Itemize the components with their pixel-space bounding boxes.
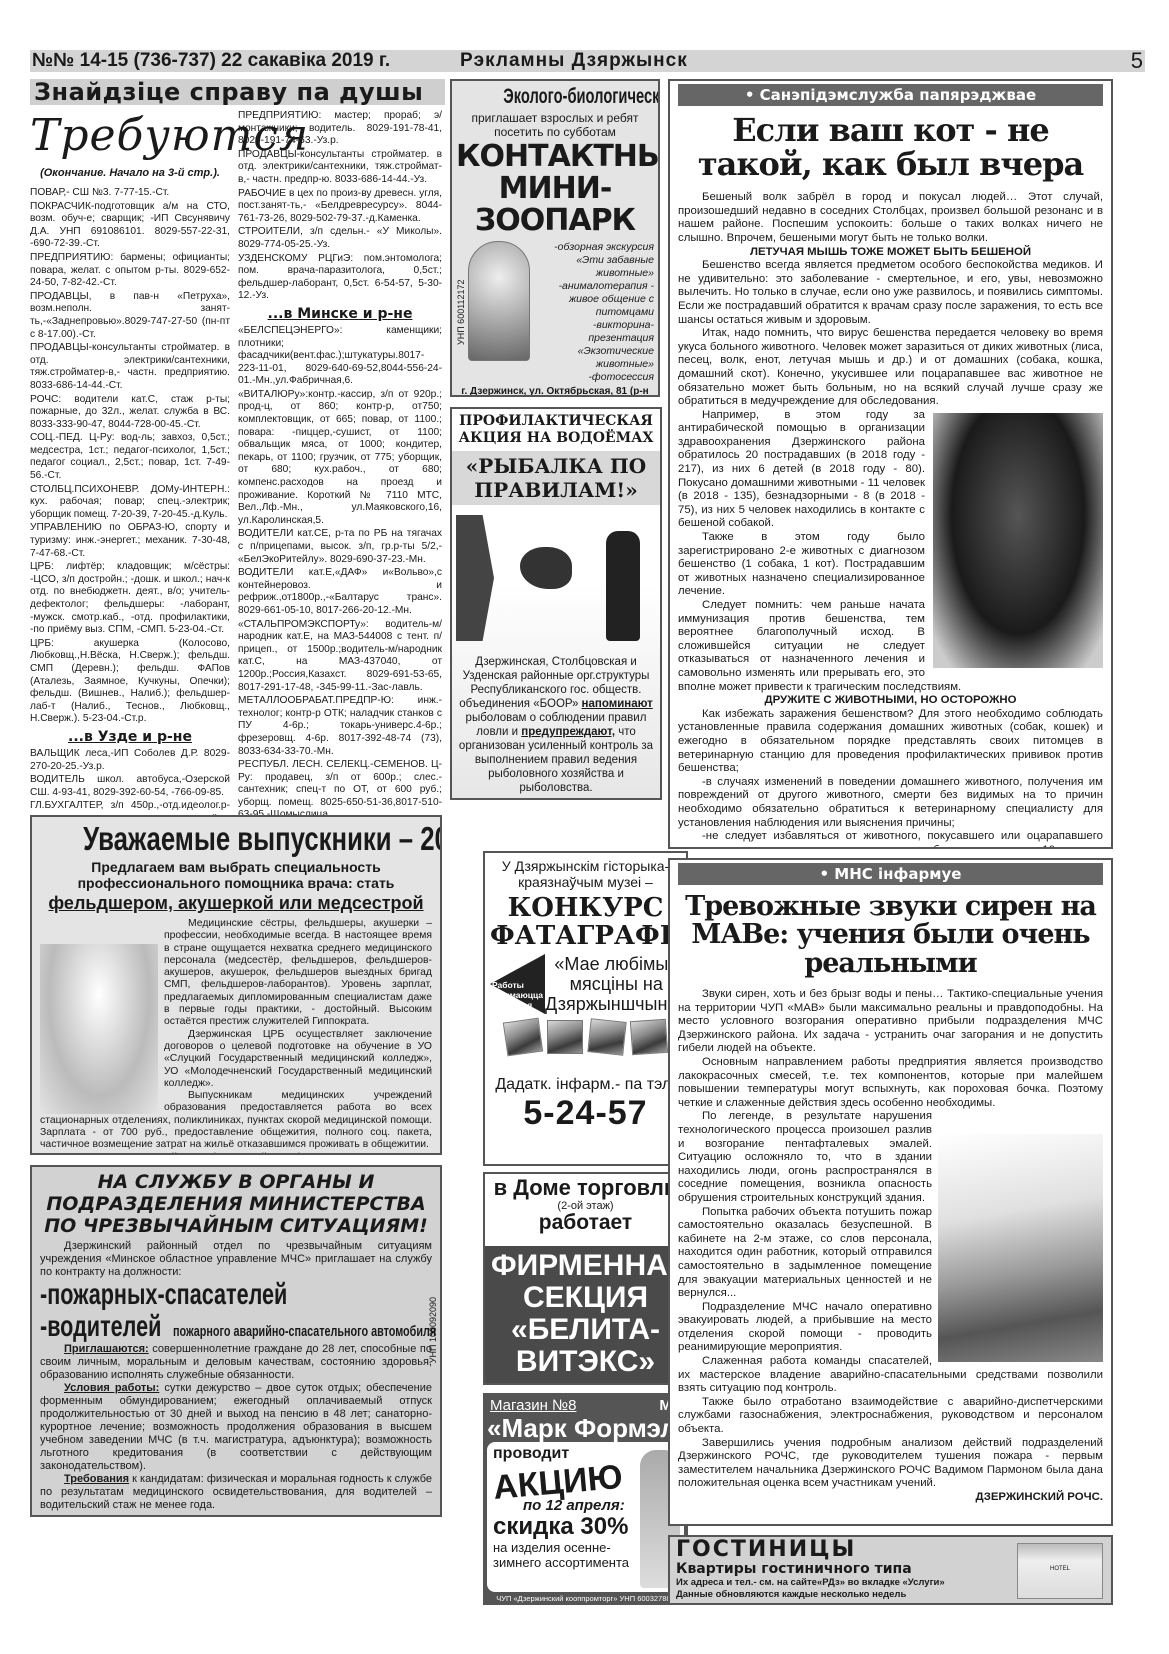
zoo-item: -обзорная экскурсия «Эти забавные животн… — [530, 241, 654, 280]
zoo-org: Эколого-биологический центр — [503, 85, 660, 109]
maz-rubric: • МНС інфармуе — [678, 863, 1103, 885]
mf-brand: «Марк Формэль» — [487, 1414, 684, 1442]
mark-formelle-ad: Магазин №8 MF «Марк Формэль» проводит АК… — [483, 1393, 688, 1605]
bank-shape-icon — [456, 515, 494, 641]
mchs-requirements-label: Требования — [64, 1473, 129, 1485]
belita-vitex-ad: в Доме торговли (2-ой этаж) работает Фир… — [483, 1172, 688, 1385]
job-listing: ПОВАР,- СШ №3. 7-77-15.-Ст. — [30, 187, 230, 200]
mchs-conditions-text: сутки дежурство – двое суток отдых; обес… — [40, 1382, 432, 1472]
job-listing: РЕСПУБЛ. ЛЕСН. СЕЛЕКЦ.-СЕМЕНОВ. Ц-Ру: пр… — [238, 759, 442, 822]
fishing-slogan: «Рыбалка по правилам!» — [452, 451, 660, 505]
fishing-title: Профилактическая акция на водоёмах — [452, 409, 660, 451]
belita-header: в Доме торговли (2-ой этаж) работает — [485, 1174, 686, 1246]
zoo-item: -фотосессия — [530, 371, 654, 384]
job-listing: РОЧС: водители кат.С, стаж р-ты; пожарны… — [30, 394, 230, 432]
job-listing: ПРЕДПРИЯТИЮ: бармены; официанты; повара,… — [30, 252, 230, 290]
graduates-title: Уважаемые выпускники – 2020! — [83, 821, 389, 857]
page-header: №№ 14-15 (736-737) 22 сакавіка 2019 г. Р… — [30, 50, 1145, 72]
job-listing: ПРОДАВЦЫ-консультанты стройматер. в отд.… — [238, 149, 442, 187]
mf-footer: ЧУП «Дзержинский кооппромторг» УНП 60032… — [487, 1594, 684, 1603]
zoo-unp: УНП 600112172 — [456, 241, 468, 384]
maz-signature: ДЗЕРЖИНСКИЙ РОЧС. — [678, 1491, 1103, 1505]
hotel-building-icon: HOTEL — [1017, 1543, 1103, 1599]
mchs-conditions-label: Условия работы: — [64, 1382, 159, 1394]
contest-theme: «Мае любімыя мясціны на Дзяржыншчыне» — [545, 954, 687, 1014]
paragraph: Основным направлением работы предприятия… — [678, 1056, 1103, 1110]
mchs-title: На службу в органы и подразделения Минис… — [40, 1171, 432, 1237]
mchs-unp: УНП 100092090 — [428, 1297, 438, 1363]
contest-info: Дадатк. інфарм.- па тэл. — [490, 1076, 681, 1094]
job-listing: РАБОЧИЕ в цех по произ-ву древесн. угля,… — [238, 188, 442, 226]
graduates-professions: фельдшером, акушеркой или медсестрой — [40, 893, 432, 914]
jobs-rubric: Знайдзіце справу па душы — [30, 79, 445, 105]
job-listing: ПРОДАВЦЫ-консультанты стройматер. в отд.… — [30, 342, 230, 392]
mf-store: Магазин №8 — [490, 1397, 576, 1414]
job-listing: ВОДИТЕЛИ кат.СЕ, р-та по РБ на тягачах с… — [238, 528, 442, 566]
mf-goods: на изделия осенне-зимнего ассортимента — [493, 1540, 633, 1570]
zoo-ad: Эколого-биологический центр приглашает в… — [450, 79, 660, 397]
paragraph: За дополнительной информацией обращаться… — [40, 1152, 432, 1155]
graduates-lead: Предлагаем вам выбрать специальность про… — [50, 859, 422, 891]
issue-number: №№ 14-15 (736-737) 22 сакавіка 2019 г. — [30, 50, 460, 72]
photo-contest-ad: У Дзяржынскім гісторыка-краязнаўчым музе… — [483, 851, 688, 1166]
job-listing: ЦРБ: акушерка (Колосово, Любковщ.,Н.Вёск… — [30, 638, 230, 726]
job-listing: МЕТАЛЛООБРАБАТ.ПРЕДПР-Ю: инж.-технолог; … — [238, 695, 442, 758]
zoo-title-1: КОНТАКТНЫЙ — [456, 141, 654, 173]
paragraph: Бешеный волк забрёл в город и покусал лю… — [678, 191, 1103, 245]
hotels-title: Гостиницы — [676, 1539, 996, 1561]
graduates-ad: Уважаемые выпускники – 2020! Предлагаем … — [30, 815, 442, 1155]
mchs-position-2-suffix: пожарного аварийно-спасательного автомоб… — [173, 1323, 436, 1340]
subheading: Дружите с животными, но осторожно — [678, 694, 1103, 708]
mchs-invited-label: Приглашаются: — [64, 1343, 149, 1355]
hotels-line-2: Данные обновляются каждые несколько неде… — [676, 1589, 996, 1601]
mchs-position-2: -водителей — [40, 1311, 161, 1343]
mchs-position-1: -пожарных-спасателей — [40, 1279, 322, 1311]
job-listing: УЗДЕНСКОМУ РЦГиЭ: пом.энтомолога; пом. в… — [238, 253, 442, 303]
paragraph: -не следует избавляться от животного, по… — [678, 830, 1103, 849]
zoo-item: -викторина-презентация «Экзотические жив… — [530, 319, 654, 371]
contest-phone: 5-24-57 — [490, 1094, 681, 1133]
mchs-intro: Дзержинский районный отдел по чрезвычайн… — [40, 1240, 432, 1279]
job-listing: СТОЛБЦ.ПСИХОНЕВР. ДОМу-ИНТЕРН.: кух. раб… — [30, 484, 230, 522]
mchs-address: Обращаться по адресу: г. Дзержинск, ул. … — [40, 1515, 432, 1517]
job-listing: УПРАВЛЕНИЮ по ОБРАЗ-Ю, спорту и туризму:… — [30, 522, 230, 560]
job-listing: ЦРБ: лифтёр; кладовщик; м/сёстры: -ЦСО, … — [30, 561, 230, 637]
jobs-subtitle: (Окончание. Начало на 3-й стр.). — [30, 167, 230, 179]
job-listing: ВОДИТЕЛЬ школ. автобуса,-Озерской СШ. 4-… — [30, 774, 230, 799]
page-number: 5 — [1131, 48, 1145, 74]
subheading: Летучая мышь тоже может быть бешеной — [678, 246, 1103, 260]
fire-truck-ladder-photo — [938, 1134, 1103, 1362]
job-listing: ПРОДАВЦЫ, в пав-н «Петруха», возм.неполн… — [30, 291, 230, 341]
belita-title: Фирменная секция «Белита-Витэкс» — [485, 1246, 686, 1382]
rabies-headline: Если ваш кот - не такой, как был вчера — [678, 114, 1103, 181]
job-listing: ВАЛЬЩИК леса,-ИП Соболев Д.Р. 8029-270-2… — [30, 748, 230, 773]
fishing-emph-1: напоминают — [582, 698, 653, 710]
fishing-emph-2: предупреждают, — [521, 726, 615, 738]
mf-promo-panel: проводит АКЦИЮ по 12 апреля: скидка 30% … — [487, 1442, 684, 1592]
region-heading-uzda: ...в Узде и р-не — [30, 729, 230, 745]
job-listing: СОЦ.-ПЕД. Ц-Ру: вод-ль; завхоз, 0,5ст.; … — [30, 432, 230, 482]
mchs-recruitment-ad: На службу в органы и подразделения Минис… — [30, 1165, 442, 1517]
fishing-ad: Профилактическая акция на водоёмах «Рыба… — [450, 407, 662, 800]
paragraph: Бешенство всегда является предметом особ… — [678, 259, 1103, 327]
angry-cat-photo — [933, 413, 1103, 668]
zoo-address: г. Дзержинск, ул. Октябрьская, 81 (р-н б… — [456, 386, 654, 397]
zoo-invite: приглашает взрослых и ребят посетить по … — [462, 111, 648, 139]
job-listing: «ВИТАЛЮРу»:контр.-кассир, з/п от 920р.; … — [238, 389, 442, 528]
paragraph: Как избежать заражения бешенством? Для э… — [678, 708, 1103, 776]
hotels-ad: Гостиницы Квартиры гостиничного типа Их … — [668, 1535, 1113, 1605]
fisherman-icon — [606, 531, 640, 641]
belita-line-1: в Доме торговли — [485, 1176, 686, 1200]
newspaper-name: Рэкламны Дзяржынск — [460, 50, 1131, 72]
fisherman-illustration — [456, 511, 656, 649]
region-heading-minsk: ...в Минске и р-не — [238, 306, 442, 322]
mchs-exercise-article: • МНС інфармуе Тревожные звуки сирен на … — [668, 858, 1113, 1526]
nurse-illustration — [40, 944, 158, 1114]
jobs-title: Требуются — [30, 110, 230, 161]
contest-title: Конкурс фатаграфій — [490, 894, 681, 950]
contest-deadline: Работы прымаюцца да 10 мая — [492, 980, 543, 1010]
deadline-badge: Работы прымаюцца да 10 мая — [490, 954, 545, 1014]
hotel-sign: HOTEL — [1050, 1566, 1070, 1572]
jobs-list-uzda-cont: ПРЕДПРИЯТИЮ: мастер; прораб; э/монтажник… — [238, 110, 442, 303]
job-listing: «БЕЛСПЕЦЭНЕРГО»: каменщики; плотники; фа… — [238, 325, 442, 388]
contest-museum: У Дзяржынскім гісторыка-краязнаўчым музе… — [490, 858, 681, 890]
job-listing: ПРЕДПРИЯТИЮ: мастер; прораб; э/монтажник… — [238, 110, 442, 148]
belita-line-3: работает — [485, 1212, 686, 1234]
zoo-title-2: МИНИ-ЗООПАРК — [456, 173, 654, 237]
zoo-item: -анималотерапия - живое общение с питомц… — [530, 280, 654, 319]
job-listing: ПОКРАСЧИК-подготовщик а/м на СТО, возм. … — [30, 201, 230, 251]
hotels-subtitle: Квартиры гостиничного типа — [676, 1561, 996, 1577]
paragraph: Завершились учения подробным анализом де… — [678, 1437, 1103, 1491]
rabies-body: Бешеный волк забрёл в город и покусал лю… — [678, 191, 1103, 849]
jobs-list-stolbtsy: ПОВАР,- СШ №3. 7-77-15.-Ст. ПОКРАСЧИК-по… — [30, 187, 230, 726]
belita-address-1: г. Дзержинск, — [485, 1382, 686, 1385]
job-listing: ВОДИТЕЛИ кат.Е,«ДАФ» и«Вольво»,с контейн… — [238, 567, 442, 617]
paragraph: Также было отработано взаимодействие с а… — [678, 1396, 1103, 1437]
hotels-line-1: Их адреса и тел.- см. на сайте«РДз» во в… — [676, 1577, 996, 1589]
paragraph: -в случаях изменений в поведении домашне… — [678, 776, 1103, 830]
maz-body: Звуки сирен, хоть и без брызг воды и пен… — [678, 988, 1103, 1505]
job-listing: СТРОИТЕЛИ, з/п сдельн.- «У Миколы». 8029… — [238, 226, 442, 251]
rabies-article: • Санэпідэмслужба папярэджвае Если ваш к… — [668, 79, 1113, 849]
rabies-rubric: • Санэпідэмслужба папярэджвае — [678, 84, 1103, 106]
paragraph: Итак, надо помнить, что вирус бешенства … — [678, 327, 1103, 409]
job-listing: «СТАЛЬПРОМЭКСПОРТу»: водитель-м/народник… — [238, 619, 442, 695]
paragraph: Звуки сирен, хоть и без брызг воды и пен… — [678, 988, 1103, 1056]
girl-with-rabbit-photo — [468, 241, 530, 361]
maz-headline: Тревожные звуки сирен на МАВе: учения бы… — [678, 893, 1103, 978]
photos-on-line-illustration — [490, 1020, 681, 1070]
fish-icon — [520, 547, 572, 589]
